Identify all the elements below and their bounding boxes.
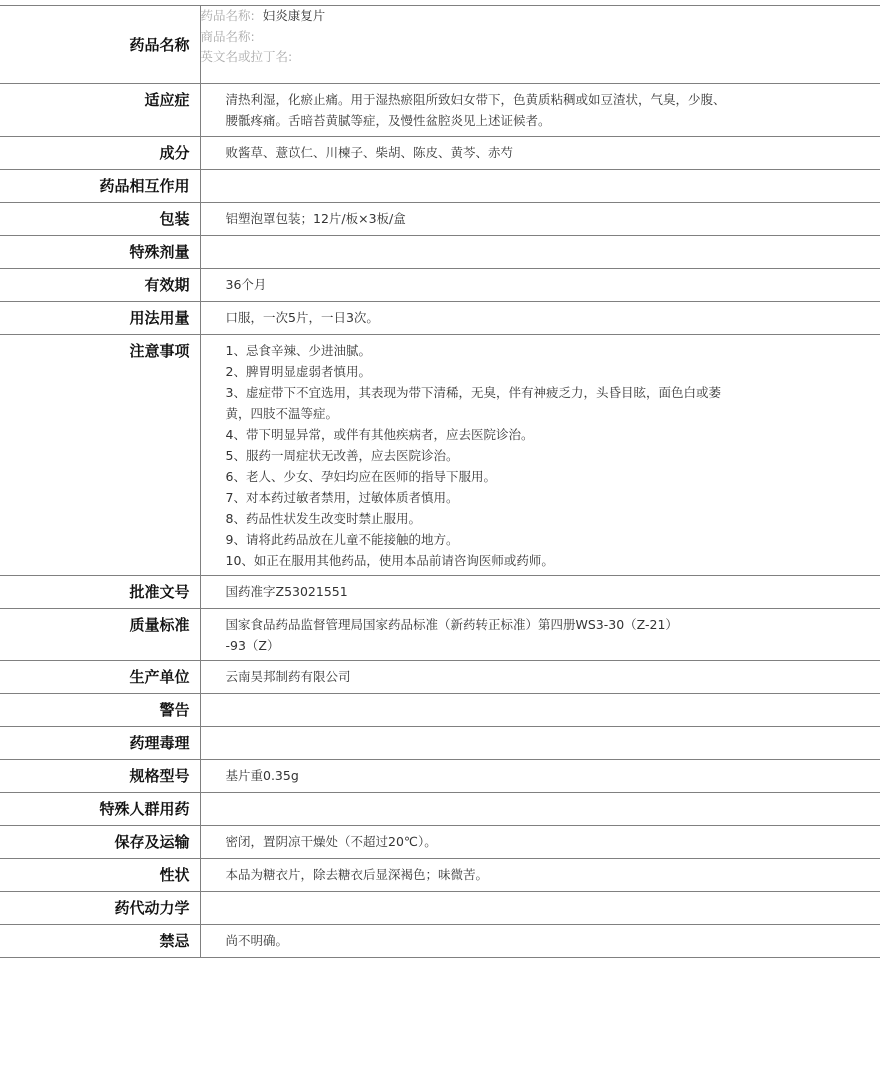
label-manufacturer: 生产单位 [0,661,200,694]
value-specification: 基片重0.35g [200,760,880,793]
precaution-item: 5、服药一周症状无改善，应去医院诊治。 [226,445,880,466]
precaution-item: 黄，四肢不温等症。 [226,403,880,424]
value-manufacturer: 云南昊邦制药有限公司 [200,661,880,694]
row-interactions: 药品相互作用 [0,170,880,203]
label-special-dosage: 特殊剂量 [0,236,200,269]
row-usage: 用法用量 口服，一次5片，一日3次。 [0,302,880,335]
precaution-item: 7、对本药过敏者禁用，过敏体质者慎用。 [226,487,880,508]
value-precautions: 1、忌食辛辣、少进油腻。 2、脾胃明显虚弱者慎用。 3、虚症带下不宜选用，其表现… [200,335,880,576]
label-usage: 用法用量 [0,302,200,335]
value-special-dosage [200,236,880,269]
label-approval-number: 批准文号 [0,576,200,609]
value-special-populations [200,793,880,826]
label-quality-standard: 质量标准 [0,609,200,661]
row-drug-name: 药品名称 药品名称:妇炎康复片 商品名称: 英文名或拉丁名: [0,6,880,84]
row-indications: 适应症 清热利湿，化瘀止痛。用于湿热瘀阻所致妇女带下，色黄质粘稠或如豆渣状，气臭… [0,84,880,137]
label-description: 性状 [0,859,200,892]
label-ingredients: 成分 [0,137,200,170]
label-packaging: 包装 [0,203,200,236]
precaution-item: 10、如正在服用其他药品，使用本品前请咨询医师或药师。 [226,550,880,571]
precaution-item: 6、老人、少女、孕妇均应在医师的指导下服用。 [226,466,880,487]
label-shelf-life: 有效期 [0,269,200,302]
label-pharmacokinetics: 药代动力学 [0,892,200,925]
label-indications: 适应症 [0,84,200,137]
row-description: 性状 本品为糖衣片，除去糖衣后显深褐色；味微苦。 [0,859,880,892]
value-indications: 清热利湿，化瘀止痛。用于湿热瘀阻所致妇女带下，色黄质粘稠或如豆渣状，气臭，少腹、… [200,84,880,137]
drug-spec-sheet: 药品名称 药品名称:妇炎康复片 商品名称: 英文名或拉丁名: 适应症 清热利湿，… [0,5,880,958]
value-pharmacology-toxicology [200,727,880,760]
value-description: 本品为糖衣片，除去糖衣后显深褐色；味微苦。 [200,859,880,892]
row-special-dosage: 特殊剂量 [0,236,880,269]
row-manufacturer: 生产单位 云南昊邦制药有限公司 [0,661,880,694]
row-packaging: 包装 铝塑泡罩包装；12片/板×3板/盒 [0,203,880,236]
label-drug-name: 药品名称 [0,6,200,84]
drug-spec-table: 药品名称 药品名称:妇炎康复片 商品名称: 英文名或拉丁名: 适应症 清热利湿，… [0,5,880,958]
row-precautions: 注意事项 1、忌食辛辣、少进油腻。 2、脾胃明显虚弱者慎用。 3、虚症带下不宜选… [0,335,880,576]
label-pharmacology-toxicology: 药理毒理 [0,727,200,760]
label-special-populations: 特殊人群用药 [0,793,200,826]
label-warning: 警告 [0,694,200,727]
value-approval-number: 国药准字Z53021551 [200,576,880,609]
row-storage-transport: 保存及运输 密闭，置阴凉干燥处（不超过20℃）。 [0,826,880,859]
label-contraindications: 禁忌 [0,925,200,958]
trade-name-line: 商品名称: [201,27,880,48]
generic-name-key: 药品名称: [201,8,255,23]
row-shelf-life: 有效期 36个月 [0,269,880,302]
english-name-key: 英文名或拉丁名: [201,49,293,64]
row-pharmacology-toxicology: 药理毒理 [0,727,880,760]
trade-name-key: 商品名称: [201,29,255,44]
label-precautions: 注意事项 [0,335,200,576]
value-ingredients: 败酱草、薏苡仁、川楝子、柴胡、陈皮、黄芩、赤芍 [200,137,880,170]
generic-name-value: 妇炎康复片 [263,8,326,23]
value-packaging: 铝塑泡罩包装；12片/板×3板/盒 [200,203,880,236]
precaution-item: 4、带下明显异常，或伴有其他疾病者，应去医院诊治。 [226,424,880,445]
row-quality-standard: 质量标准 国家食品药品监督管理局国家药品标准（新药转正标准）第四册WS3-30（… [0,609,880,661]
generic-name-line: 药品名称:妇炎康复片 [201,6,880,27]
precaution-item: 8、药品性状发生改变时禁止服用。 [226,508,880,529]
row-ingredients: 成分 败酱草、薏苡仁、川楝子、柴胡、陈皮、黄芩、赤芍 [0,137,880,170]
value-storage-transport: 密闭，置阴凉干燥处（不超过20℃）。 [200,826,880,859]
label-storage-transport: 保存及运输 [0,826,200,859]
value-interactions [200,170,880,203]
value-drug-name: 药品名称:妇炎康复片 商品名称: 英文名或拉丁名: [200,6,880,84]
precaution-item: 1、忌食辛辣、少进油腻。 [226,340,880,361]
precaution-item: 9、请将此药品放在儿童不能接触的地方。 [226,529,880,550]
value-shelf-life: 36个月 [200,269,880,302]
row-specification: 规格型号 基片重0.35g [0,760,880,793]
precaution-item: 3、虚症带下不宜选用，其表现为带下清稀，无臭，伴有神疲乏力，头昏目眩，面色白或萎 [226,382,880,403]
label-interactions: 药品相互作用 [0,170,200,203]
precaution-item: 2、脾胃明显虚弱者慎用。 [226,361,880,382]
value-pharmacokinetics [200,892,880,925]
value-warning [200,694,880,727]
value-quality-standard: 国家食品药品监督管理局国家药品标准（新药转正标准）第四册WS3-30（Z-21）… [200,609,880,661]
value-contraindications: 尚不明确。 [200,925,880,958]
english-name-line: 英文名或拉丁名: [201,47,880,68]
row-special-populations: 特殊人群用药 [0,793,880,826]
label-specification: 规格型号 [0,760,200,793]
row-approval-number: 批准文号 国药准字Z53021551 [0,576,880,609]
row-warning: 警告 [0,694,880,727]
row-contraindications: 禁忌 尚不明确。 [0,925,880,958]
value-usage: 口服，一次5片，一日3次。 [200,302,880,335]
row-pharmacokinetics: 药代动力学 [0,892,880,925]
